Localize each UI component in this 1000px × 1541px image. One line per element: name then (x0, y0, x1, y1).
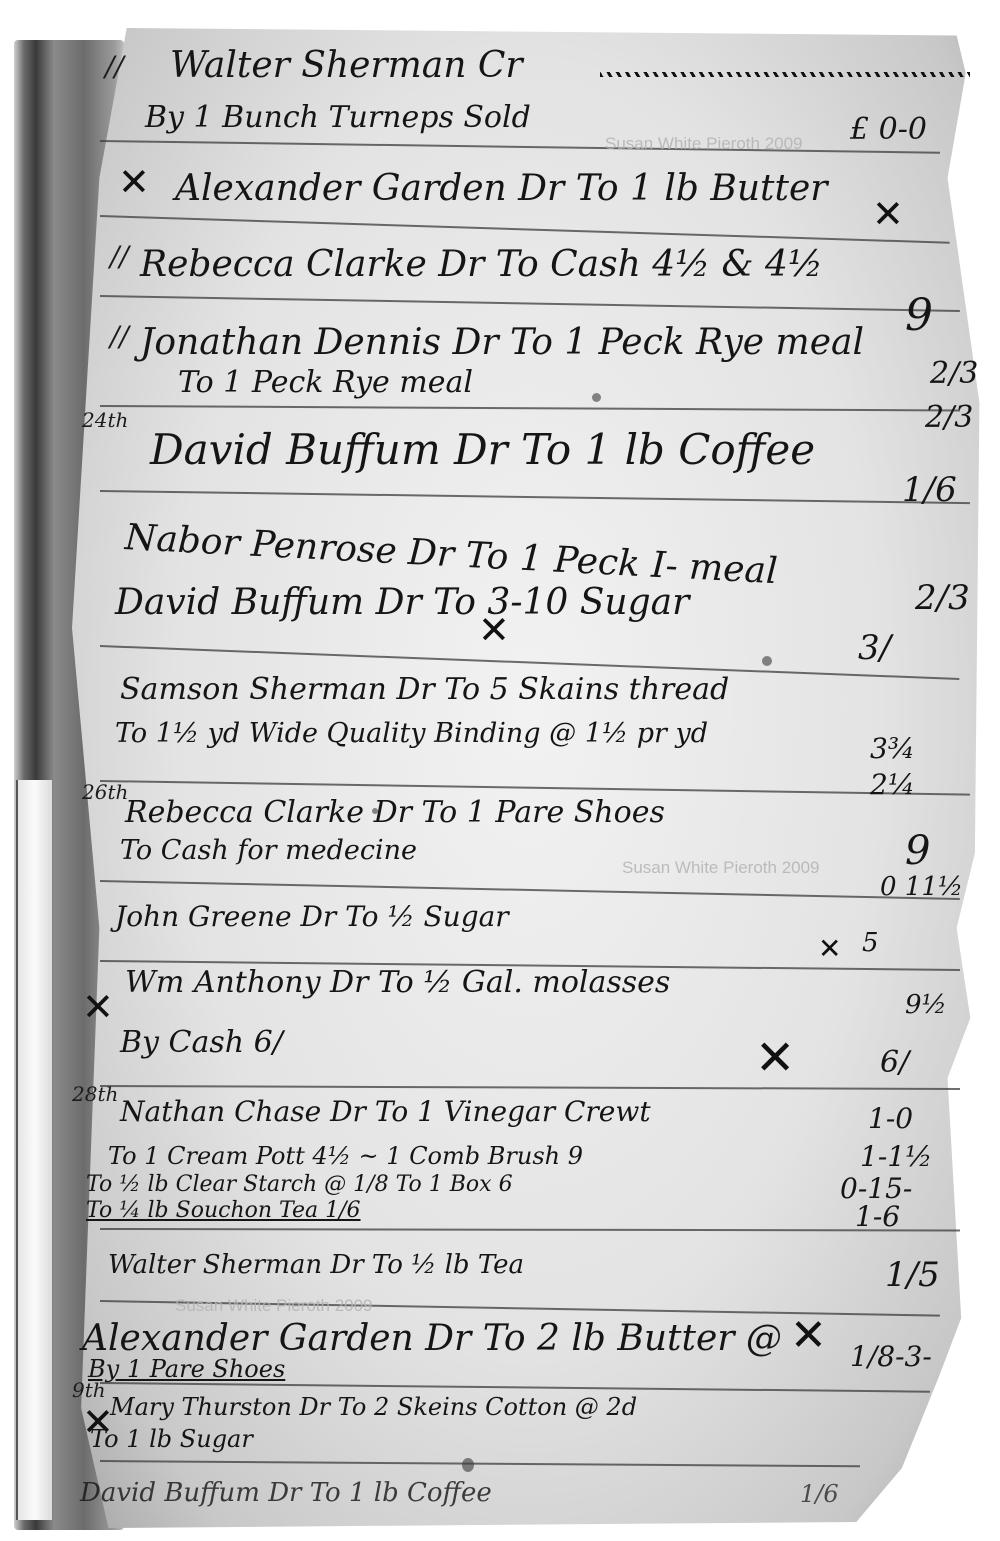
margin-double-stroke: // (105, 50, 124, 83)
settled-cross-mark: ✕ (872, 192, 904, 236)
entry-name: Rebecca Clarke Dr To Cash 4½ & 4½ (140, 244, 823, 285)
entry-name: David Buffum Dr To 1 lb Coffee (150, 425, 815, 474)
entry-line: To ½ lb Clear Starch @ 1/8 To 1 Box 6 (86, 1172, 513, 1197)
entry-amount: 3¾ (870, 732, 915, 765)
entry-amount: 3/ (858, 628, 891, 668)
entry-amount: 0 11½ (880, 872, 963, 902)
entry-name: Walter Sherman Cr (170, 45, 523, 86)
watermark: Susan White Pieroth 2009 (605, 134, 803, 154)
entry-amount: 2/3 (915, 578, 970, 618)
margin-date: 26th (82, 780, 128, 804)
entry-line: To Cash for medecine (120, 835, 417, 866)
entry-name: Mary Thurston Dr To 2 Skeins Cotton @ 2d (110, 1393, 637, 1421)
entry-amount: 1-1½ (860, 1140, 932, 1173)
entry-line: To 1 lb Sugar (90, 1425, 253, 1453)
entry-amount: 2¼ (870, 768, 915, 801)
entry-amount: £ 0-0 (850, 112, 927, 147)
entry-amount: 1/8-3- (850, 1340, 932, 1373)
ink-speck (462, 1458, 474, 1472)
entry-name: Jonathan Dennis Dr To 1 Peck Rye meal (140, 322, 864, 363)
margin-cross-mark: ✕ (118, 160, 150, 204)
settled-cross-mark: ✕ (755, 1030, 795, 1086)
entry-amount: 2/3 (930, 356, 978, 391)
entry-name: David Buffum Dr To 1 lb Coffee (80, 1478, 492, 1508)
entry-amount: 1/6 (800, 1480, 839, 1508)
entry-name: Walter Sherman Dr To ½ lb Tea (108, 1250, 524, 1280)
watermark: Susan White Pieroth 2009 (175, 1296, 373, 1316)
crossed-out-amount (600, 72, 970, 77)
ink-speck (592, 393, 601, 402)
entry-line: To 1½ yd Wide Quality Binding @ 1½ pr yd (115, 718, 708, 749)
entry-name: Rebecca Clarke Dr To 1 Pare Shoes (125, 795, 665, 830)
entry-name: David Buffum Dr To 3-10 Sugar (115, 582, 689, 623)
entry-line: To 1 Peck Rye meal (178, 365, 473, 400)
margin-date: 28th (72, 1082, 118, 1106)
entry-name: Samson Sherman Dr To 5 Skains thread (120, 672, 729, 707)
spine-cloth (16, 780, 52, 1520)
entry-line: To ¼ lb Souchon Tea 1/6 (86, 1198, 361, 1223)
watermark: Susan White Pieroth 2009 (622, 858, 820, 878)
settled-cross-mark: ✕ (478, 608, 510, 652)
margin-double-stroke: // (110, 320, 129, 353)
margin-double-stroke: // (110, 240, 129, 273)
margin-cross-mark: ✕ (82, 985, 114, 1029)
entry-amount: 6/ (880, 1045, 909, 1080)
entry-amount: 2/3 (925, 400, 973, 435)
entry-name: John Greene Dr To ½ Sugar (115, 900, 509, 933)
settled-cross-mark: ✕ (790, 1310, 827, 1361)
settled-cross-mark: ✕ (818, 932, 841, 965)
margin-date: 24th (82, 408, 128, 432)
entry-line: By 1 Pare Shoes (88, 1355, 285, 1383)
entry-name: Alexander Garden Dr To 2 lb Butter @ (82, 1318, 782, 1359)
entry-name: Alexander Garden Dr To 1 lb Butter (175, 168, 827, 209)
entry-line: By 1 Bunch Turneps Sold (145, 100, 531, 135)
entry-amount: 1-6 (855, 1200, 900, 1233)
entry-amount: 9 (905, 290, 933, 341)
entry-line: By Cash 6/ (120, 1025, 283, 1060)
ink-speck (762, 656, 772, 666)
entry-amount: 1/6 (902, 470, 957, 510)
entry-amount: 9½ (905, 990, 947, 1020)
entry-name: Nathan Chase Dr To 1 Vinegar Crewt (120, 1095, 651, 1128)
entry-amount: 1/5 (885, 1255, 940, 1295)
entry-line: To 1 Cream Pott 4½ ~ 1 Comb Brush 9 (108, 1142, 583, 1170)
entry-amount: 9 (905, 828, 930, 874)
entry-amount: 5 (862, 928, 879, 958)
entry-name: Wm Anthony Dr To ½ Gal. molasses (125, 965, 670, 1000)
entry-amount: 1-0 (868, 1102, 913, 1135)
